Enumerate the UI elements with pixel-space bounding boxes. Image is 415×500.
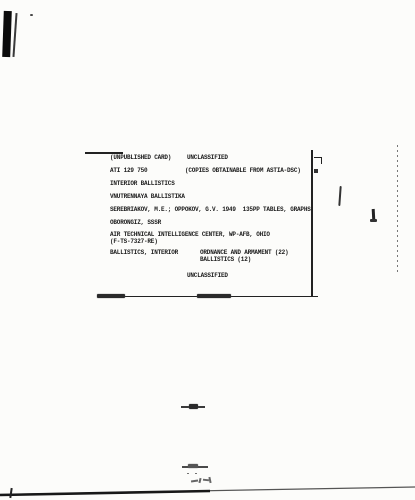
card-corner-mark	[314, 169, 318, 173]
card-subject-left: BALLISTICS, INTERIOR	[110, 249, 178, 256]
page-edge-scan-line	[397, 145, 398, 275]
card-publisher: OBORONGIZ, SSSR	[110, 219, 161, 226]
stray-ink-mark-base	[370, 219, 377, 222]
card-corner-bracket	[314, 157, 322, 164]
card-title: INTERIOR BALLISTICS	[110, 180, 175, 187]
stamp-smudge-center	[197, 294, 231, 298]
stamp-smudge-left	[97, 294, 125, 298]
card-subject-right-2: BALLISTICS (12)	[200, 256, 251, 263]
card-header-classification: UNCLASSIFIED	[187, 154, 228, 161]
card-header-left: (UNPUBLISHED CARD)	[110, 154, 171, 161]
lower-smudge-blob	[188, 464, 198, 468]
bottom-page-edge-line	[0, 480, 415, 500]
mid-page-smudge-blob	[189, 404, 198, 409]
card-ati-number: ATI 129 750	[110, 167, 147, 174]
card-right-border	[311, 150, 313, 297]
mid-page-smudge	[181, 403, 205, 410]
lower-smudge	[182, 463, 210, 471]
lower-speck-1	[187, 473, 189, 474]
card-subject-right-1: ORDNANCE AND ARMAMENT (22)	[200, 249, 288, 256]
scanner-artifact-black-bar	[2, 11, 12, 57]
scanner-speck	[30, 14, 33, 16]
lower-speck-2	[195, 473, 197, 474]
card-title-transliterated: VNUTRENNAYA BALLISTIKA	[110, 193, 185, 200]
scanned-document-page: (UNPUBLISHED CARD) UNCLASSIFIED ATI 129 …	[0, 0, 415, 500]
card-report-number: (F-TS-7327-RE)	[110, 238, 158, 245]
card-footer-classification: UNCLASSIFIED	[187, 272, 228, 279]
card-copies-note: (COPIES OBTAINABLE FROM ASTIA-DSC)	[185, 167, 301, 174]
stray-ink-stroke	[338, 186, 341, 206]
scanner-artifact-thin-streak	[12, 13, 17, 57]
card-authors-line: SEREBRIAKOV, M.E.; OPPOKOV, G.V. 1949 13…	[110, 206, 311, 213]
card-agency: AIR TECHNICAL INTELLIGENCE CENTER, WP-AF…	[110, 231, 270, 238]
